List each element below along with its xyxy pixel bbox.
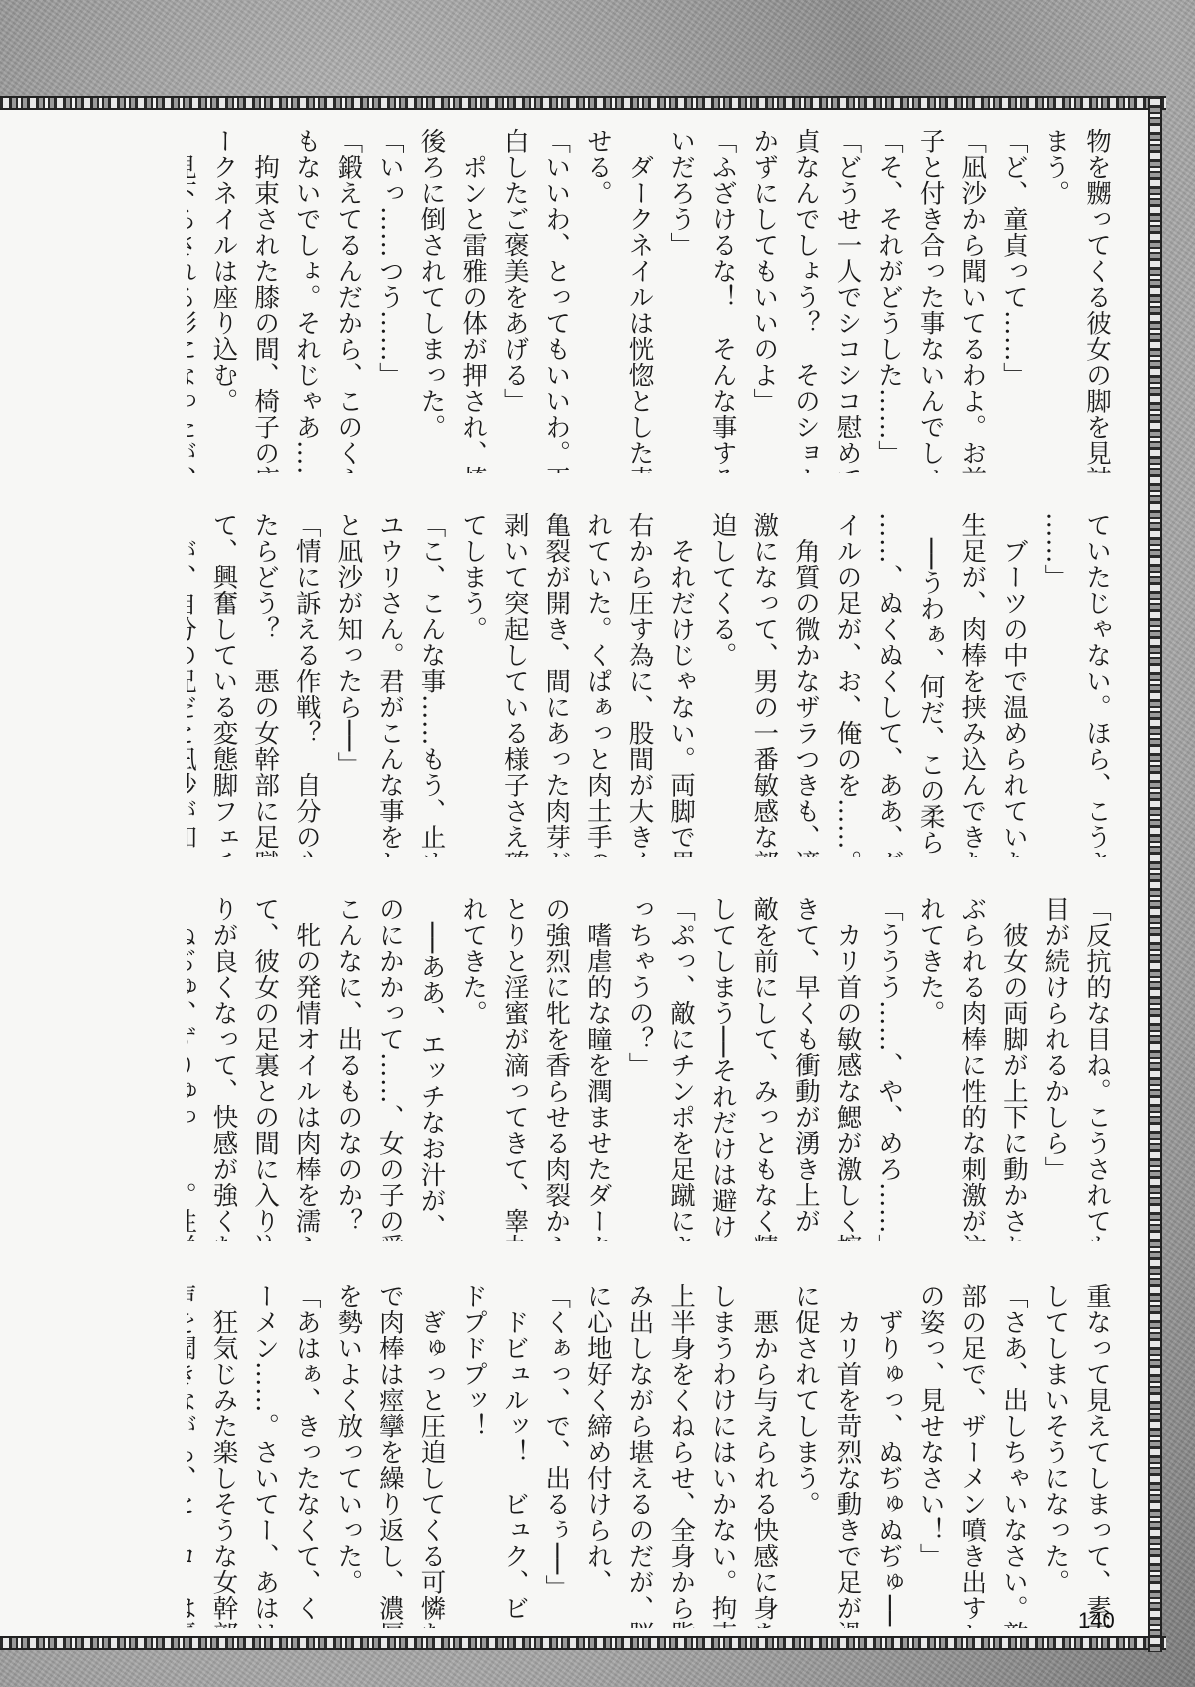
- text-tier-2: ていたじゃない。ほら、こうされると……」 ブーツの中で温められていた蒸れた生足が…: [187, 512, 1117, 857]
- text-column: 後ろに倒されてしまった。: [410, 128, 452, 473]
- text-column: 子と付き合った事ないんでしょ？」: [909, 128, 951, 473]
- text-column: 「さあ、出しちゃいなさい。敵の女幹: [992, 1283, 1034, 1628]
- text-column: 「こ、こんな事……もう、止めてくれ、: [410, 512, 452, 857]
- text-column: て、興奮している変態脚フェチヒーロ: [202, 512, 244, 857]
- text-column: れてきた。: [452, 896, 494, 1241]
- text-column: ずりゅっ、ぬぢゅぬぢゅ──っ！: [867, 1283, 909, 1628]
- chain-border-right: [1148, 96, 1162, 1652]
- text-column: て、彼女の足裏との間に入り込む。滑: [244, 896, 286, 1241]
- text-column: ドビュルッ！ ビュク、ビュクッ、: [493, 1283, 535, 1628]
- text-column: 白したご褒美をあげる」: [493, 128, 535, 473]
- text-column: 「あはぁ、きったなくて、くっさいザ: [285, 1283, 327, 1628]
- text-column: ークネイルは座り込む。: [202, 128, 244, 473]
- text-column: 「いいわ、とってもいいわ。正直に告: [535, 128, 577, 473]
- text-column: 「どうせ一人でシコシコ慰めている童: [826, 128, 868, 473]
- text-column: 嗜虐的な瞳を潤ませたダークネイル: [576, 896, 618, 1241]
- text-tier-1: 物を嬲ってくる彼女の脚を見詰めてしまう。「ど、童貞って……」「凪沙から聞いてるわ…: [187, 128, 1117, 473]
- text-column: ていたじゃない。ほら、こうされると: [1075, 512, 1117, 857]
- text-column: っちゃうの？」: [618, 896, 660, 1241]
- chain-border-top: [0, 96, 1166, 110]
- text-column: 見下ろされる形になったが、気にな: [187, 128, 202, 473]
- text-column: してしまいそうになった。: [1034, 1283, 1076, 1628]
- text-column: 迫してくる。: [701, 512, 743, 857]
- text-column: 剥いて突起している様子さえ確認でき: [493, 512, 535, 857]
- text-column: 悪から与えられる快感に身を任せて: [743, 1283, 785, 1628]
- text-column: 上半身をくねらせ、全身から脂汗を滲: [659, 1283, 701, 1628]
- text-column: ーが、自分の兄だと凪沙が知ったら、: [187, 512, 202, 857]
- text-column: ──うわぁ、何だ、この柔らかさは: [909, 512, 951, 857]
- text-column: を勢いよく放っていった。: [327, 1283, 369, 1628]
- text-column: 物を嬲ってくる彼女の脚を見詰めてし: [1075, 128, 1117, 473]
- text-column: かずにしてもいいのよ」: [743, 128, 785, 473]
- text-column: ブーツの中で温められていた蒸れた: [992, 512, 1034, 857]
- text-column: 目が続けられるかしら」: [1034, 896, 1076, 1241]
- text-column: 「情に訴える作戦？ 自分の心配をし: [285, 512, 327, 857]
- text-column: に心地好く締め付けられ、: [576, 1283, 618, 1628]
- text-column: 角質の微かなザラつきも、適度な刺: [784, 512, 826, 857]
- text-column: たらどう？ 悪の女幹部に足蹴にされ: [244, 512, 286, 857]
- text-column: ポンと雷雅の体が押され、椅子ごと: [452, 128, 494, 473]
- text-column: 彼女の両脚が上下に動かされ、揺さ: [992, 896, 1034, 1241]
- text-column: ーメン……。さいてー、あははは……」: [244, 1283, 286, 1628]
- text-column: の姿っ、見せなさい！」: [909, 1283, 951, 1628]
- text-column: イルの足が、お、俺のを……。: [826, 512, 868, 857]
- text-column: れてきた。: [909, 896, 951, 1241]
- text-column: 「ふざけるな！ そんな事するわけな: [701, 128, 743, 473]
- text-column: しまうわけにはいかない。拘束された: [701, 1283, 743, 1628]
- text-column: のにかかって……、女の子の愛液って、: [368, 896, 410, 1241]
- text-column: 生足が、肉棒を挟み込んできた。: [951, 512, 993, 857]
- text-tier-4: 重なって見えてしまって、素直に興奮してしまいそうになった。「さあ、出しちゃいなさ…: [187, 1283, 1117, 1628]
- text-column: 部の足で、ザーメン噴き出すヒーロー: [951, 1283, 993, 1628]
- text-column: 牝の発情オイルは肉棒を濡らしてき: [285, 896, 327, 1241]
- text-column: ──ああ、エッチなお汁が、お、俺: [410, 896, 452, 1241]
- text-column: りが良くなって、快感が強くなった。: [202, 896, 244, 1241]
- text-column: み出しながら堪えるのだが、脳が悦楽: [618, 1283, 660, 1628]
- chain-border-bottom: [0, 1636, 1166, 1650]
- text-column: 重なって見えてしまって、素直に興奮: [1075, 1283, 1117, 1628]
- text-column: してしまう──それだけは避けたい。: [701, 896, 743, 1241]
- text-column: 右から圧す為に、股間が大きく広げら: [618, 512, 660, 857]
- text-column: ぬぢゅ、ずりゅっ……。性悦と恥辱: [187, 896, 202, 1241]
- text-column: 「そ、それがどうした……」: [867, 128, 909, 473]
- text-column: 「ど、童貞って……」: [992, 128, 1034, 473]
- text-column: 「鍛えてるんだから、このくらい何で: [327, 128, 369, 473]
- text-column: 拘束された膝の間、椅子の座枠にダ: [244, 128, 286, 473]
- text-column: ……」: [1034, 512, 1076, 857]
- text-column: 「凪沙から聞いてるわよ。お前、女の: [951, 128, 993, 473]
- text-column: の強烈に牝を香らせる肉裂から、ねっ: [535, 896, 577, 1241]
- text-column: 「ぷっ、敵にチンポを足蹴にされてイ: [659, 896, 701, 1241]
- text-column: こんなに、出るものなのか？: [327, 896, 369, 1241]
- text-column: とりと淫蜜が滴ってきて、睾丸まで垂: [493, 896, 535, 1241]
- page-number: 140: [1078, 1608, 1115, 1634]
- text-column: 敵を前にして、みっともなく精液を出: [743, 896, 785, 1241]
- text-column: 「くぁっ、で、出るぅ──」: [535, 1283, 577, 1628]
- text-column: と凪沙が知ったら──」: [327, 512, 369, 857]
- text-tier-3: 「反抗的な目ね。こうされても、その目が続けられるかしら」 彼女の両脚が上下に動か…: [187, 896, 1117, 1241]
- text-column: に促されてしまう。: [784, 1283, 826, 1628]
- text-column: 「反抗的な目ね。こうされても、その: [1075, 896, 1117, 1241]
- text-column: 貞なんでしょう？ そのショーツをお: [784, 128, 826, 473]
- text-column: 「いっ……つう……」: [368, 128, 410, 473]
- text-column: 「ううう……、や、めろ……」: [867, 896, 909, 1241]
- text-column: せる。: [576, 128, 618, 473]
- text-column: で肉棒は痙攣を繰り返し、濃厚な精液: [368, 1283, 410, 1628]
- text-column: カリ首を苛烈な動きで足が滑り、強烈: [826, 1283, 868, 1628]
- text-column: ぶられる肉棒に性的な刺激が注ぎ込ま: [951, 896, 993, 1241]
- text-column: それだけじゃない。両脚で男根を左: [659, 512, 701, 857]
- text-column: いだろう」: [659, 128, 701, 473]
- text-column: ぎゅっと圧迫してくる可憐な足の中: [410, 1283, 452, 1628]
- text-column: もないでしょ。それじゃあ……」: [285, 128, 327, 473]
- text-column: カリ首の敏感な鰓が激しく擦られて: [826, 896, 868, 1241]
- text-column: まう。: [1034, 128, 1076, 473]
- text-column: きて、早くも衝動が湧き上がってきた。: [784, 896, 826, 1241]
- text-column: れていた。くぱぁっと肉土手の卑猥な: [576, 512, 618, 857]
- text-column: ……、ぬくぬくして、ああ、ダークネ: [867, 512, 909, 857]
- text-column: 声を聞きながら、ヒーローは唇を噛み: [187, 1283, 202, 1628]
- text-column: てしまう。: [452, 512, 494, 857]
- text-column: 狂気じみた楽しそうな女幹部の笑い: [202, 1283, 244, 1628]
- text-column: ユウリさん。君がこんな事をしている: [368, 512, 410, 857]
- text-column: 激になって、男の一番敏感な部分を圧: [743, 512, 785, 857]
- text-column: ダークネイルは恍惚とした表情を見: [618, 128, 660, 473]
- text-column: ドプドプッ！: [452, 1283, 494, 1628]
- text-column: 亀裂が開き、間にあった肉芽が包皮を: [535, 512, 577, 857]
